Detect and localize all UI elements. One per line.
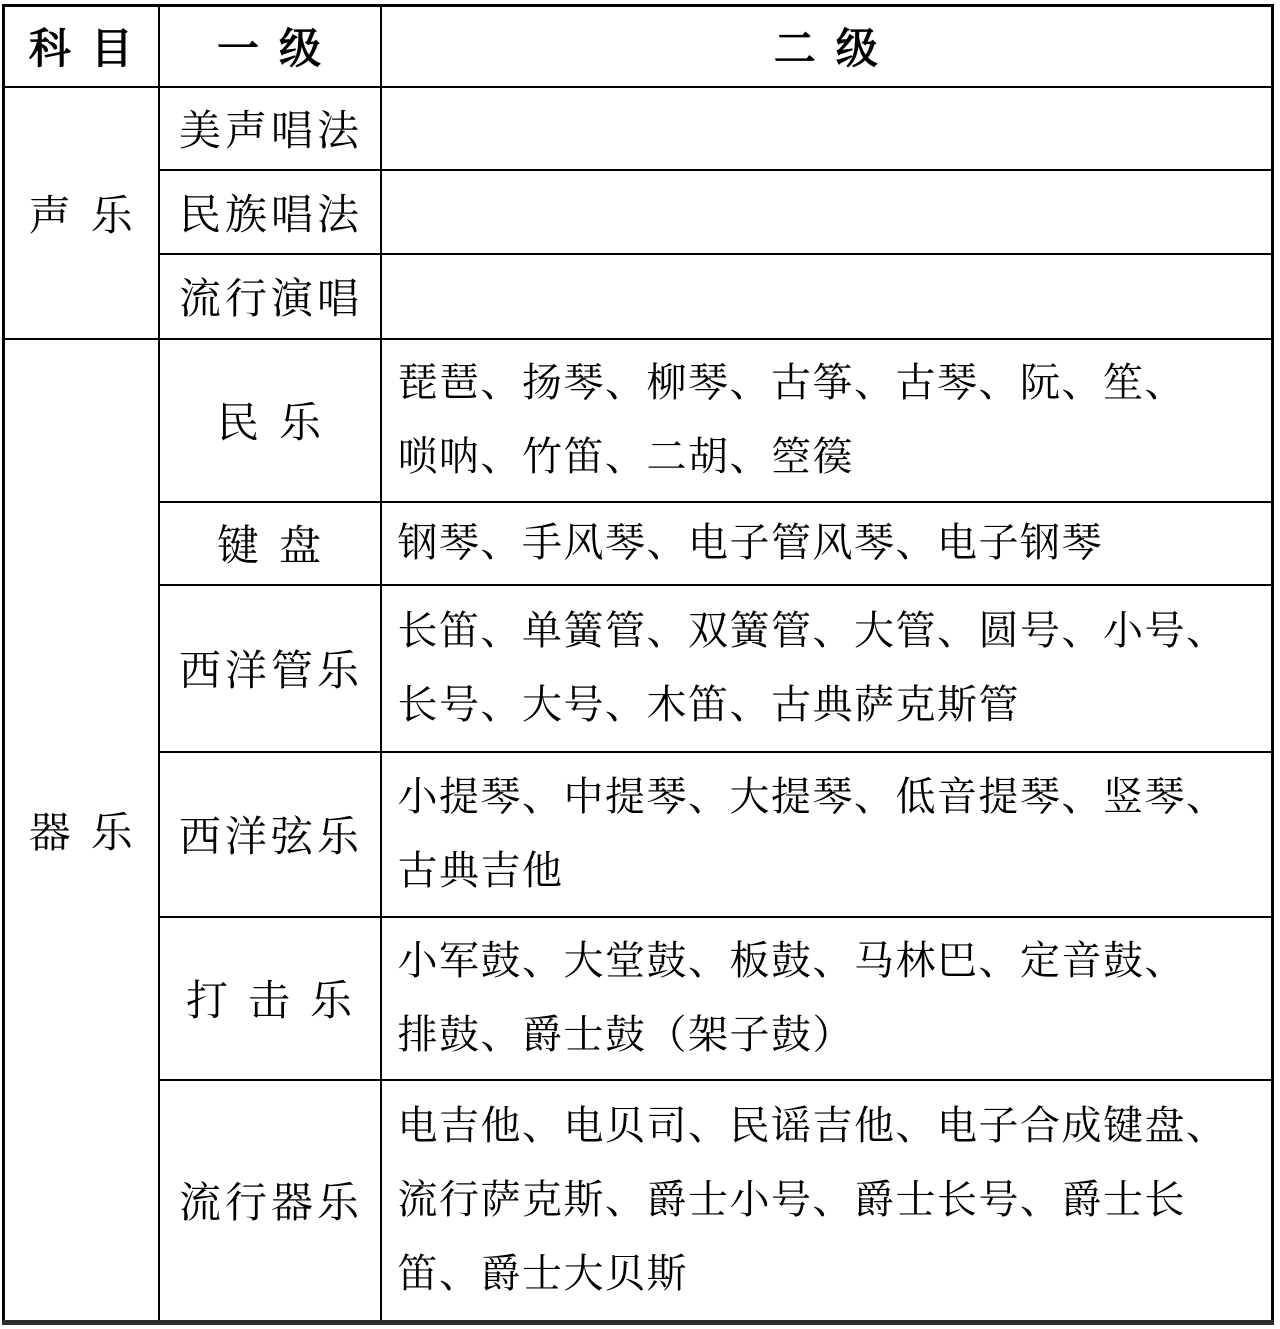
level1-pop-instruments: 流行器乐 [159, 1080, 381, 1323]
level1-chinese-folk-instruments: 民乐 [159, 339, 381, 502]
level1-western-winds: 西洋管乐 [159, 585, 381, 752]
level2-chinese-folk-instruments: 琵琶、扬琴、柳琴、古筝、古琴、阮、笙、 唢呐、竹笛、二胡、箜篌 [381, 339, 1273, 502]
table-row: 西洋弦乐 小提琴、中提琴、大提琴、低音提琴、竖琴、 古典吉他 [4, 752, 1273, 917]
level1-western-strings: 西洋弦乐 [159, 752, 381, 917]
level1-pop-vocal: 流行演唱 [159, 254, 381, 339]
table-row: 键盘 钢琴、手风琴、电子管风琴、电子钢琴 [4, 502, 1273, 585]
header-level2: 二级 [381, 6, 1273, 87]
header-subject: 科目 [4, 6, 159, 87]
table-row: 器乐 民乐 琵琶、扬琴、柳琴、古筝、古琴、阮、笙、 唢呐、竹笛、二胡、箜篌 [4, 339, 1273, 502]
level2-bel-canto [381, 87, 1273, 170]
subject-instrumental-music: 器乐 [4, 339, 159, 1323]
table-row: 流行器乐 电吉他、电贝司、民谣吉他、电子合成键盘、 流行萨克斯、爵士小号、爵士长… [4, 1080, 1273, 1323]
level1-folk-vocal: 民族唱法 [159, 170, 381, 254]
table-row: 声乐 美声唱法 [4, 87, 1273, 170]
level1-keyboard: 键盘 [159, 502, 381, 585]
level2-folk-vocal [381, 170, 1273, 254]
level1-bel-canto: 美声唱法 [159, 87, 381, 170]
level1-percussion: 打击乐 [159, 917, 381, 1080]
table-row: 民族唱法 [4, 170, 1273, 254]
table-row: 流行演唱 [4, 254, 1273, 339]
header-row: 科目 一级 二级 [4, 6, 1273, 87]
level2-pop-instruments: 电吉他、电贝司、民谣吉他、电子合成键盘、 流行萨克斯、爵士小号、爵士长号、爵士长… [381, 1080, 1273, 1323]
level2-western-strings: 小提琴、中提琴、大提琴、低音提琴、竖琴、 古典吉他 [381, 752, 1273, 917]
header-level1: 一级 [159, 6, 381, 87]
level2-western-winds: 长笛、单簧管、双簧管、大管、圆号、小号、 长号、大号、木笛、古典萨克斯管 [381, 585, 1273, 752]
music-subjects-table: 科目 一级 二级 声乐 美声唱法 民族唱法 流行演唱 器乐 民乐 琵琶、扬琴、柳… [2, 4, 1274, 1325]
subject-vocal-music: 声乐 [4, 87, 159, 339]
table-row: 打击乐 小军鼓、大堂鼓、板鼓、马林巴、定音鼓、 排鼓、爵士鼓（架子鼓） [4, 917, 1273, 1080]
level2-percussion: 小军鼓、大堂鼓、板鼓、马林巴、定音鼓、 排鼓、爵士鼓（架子鼓） [381, 917, 1273, 1080]
level2-keyboard: 钢琴、手风琴、电子管风琴、电子钢琴 [381, 502, 1273, 585]
level2-pop-vocal [381, 254, 1273, 339]
table-row: 西洋管乐 长笛、单簧管、双簧管、大管、圆号、小号、 长号、大号、木笛、古典萨克斯… [4, 585, 1273, 752]
